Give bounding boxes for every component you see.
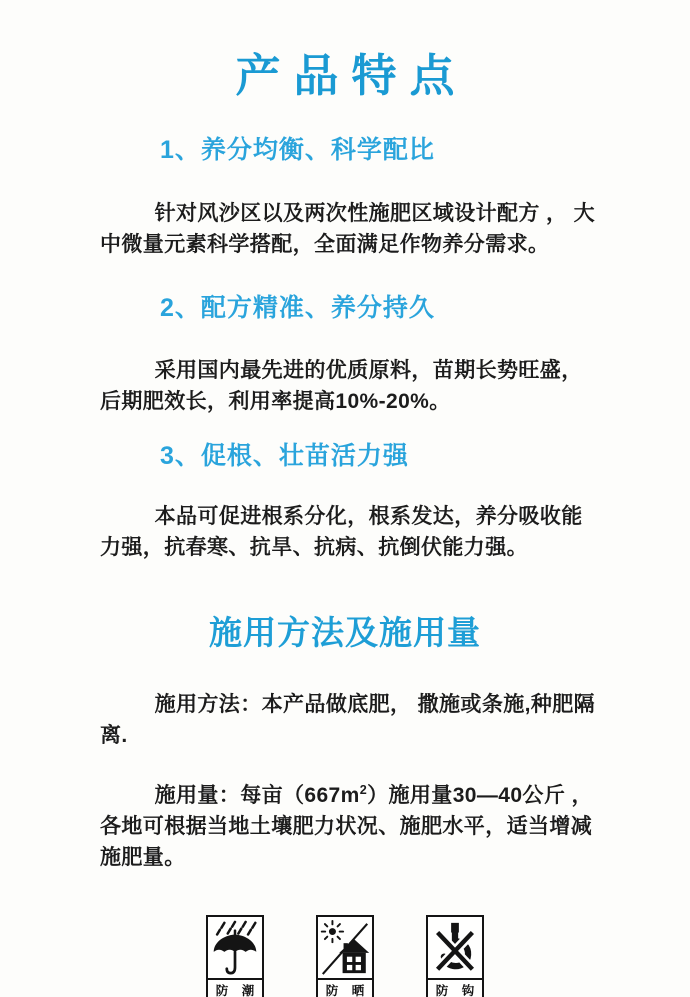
feature-1-body: 针对风沙区以及两次性施肥区域设计配方 ， 大中微量元素科学搭配，全面满足作物养分…	[100, 198, 602, 260]
usage-section: 施用方法：本产品做底肥， 撒施或条施,种肥隔离. 施用量：每亩（667m2）施用…	[0, 689, 690, 873]
features-section: 1、养分均衡、科学配比 针对风沙区以及两次性施肥区域设计配方 ， 大中微量元素科…	[0, 136, 690, 563]
sun-protection-label: 防 晒	[318, 978, 372, 997]
sun-protection-icon	[318, 917, 372, 978]
product-leaflet-page: 产品特点 1、养分均衡、科学配比 针对风沙区以及两次性施肥区域设计配方 ， 大中…	[0, 0, 690, 997]
no-hook-label: 防 钩	[428, 978, 482, 997]
sun-protection-pictogram: 防 晒	[316, 915, 374, 997]
packaging-icons-row: 防 潮	[0, 915, 690, 997]
dosage-prefix: 施用量：每亩（667m	[155, 784, 360, 807]
feature-2-heading: 2、配方精准、养分持久	[160, 294, 602, 323]
no-hook-pictogram: 防 钩	[426, 915, 484, 997]
usage-dosage-text: 施用量：每亩（667m2）施用量30—40公斤 ，各地可根据当地土壤肥力状况、施…	[100, 775, 602, 873]
no-hook-icon	[428, 917, 482, 978]
page-title: 产品特点	[0, 0, 690, 102]
square-meter-superscript: 2	[360, 783, 367, 797]
usage-title: 施用方法及施用量	[0, 612, 690, 654]
keep-dry-label: 防 潮	[208, 978, 262, 997]
usage-method-text: 施用方法：本产品做底肥， 撒施或条施,种肥隔离.	[100, 689, 602, 751]
feature-3-heading: 3、促根、壮苗活力强	[160, 442, 602, 471]
keep-dry-icon	[208, 917, 262, 978]
feature-2-body: 采用国内最先进的优质原料，苗期长势旺盛，后期肥效长，利用率提高10%-20%。	[100, 355, 602, 417]
keep-dry-pictogram: 防 潮	[206, 915, 264, 997]
feature-3-body: 本品可促进根系分化，根系发达，养分吸收能力强，抗春寒、抗旱、抗病、抗倒伏能力强。	[100, 501, 602, 563]
feature-1-heading: 1、养分均衡、科学配比	[160, 136, 602, 165]
